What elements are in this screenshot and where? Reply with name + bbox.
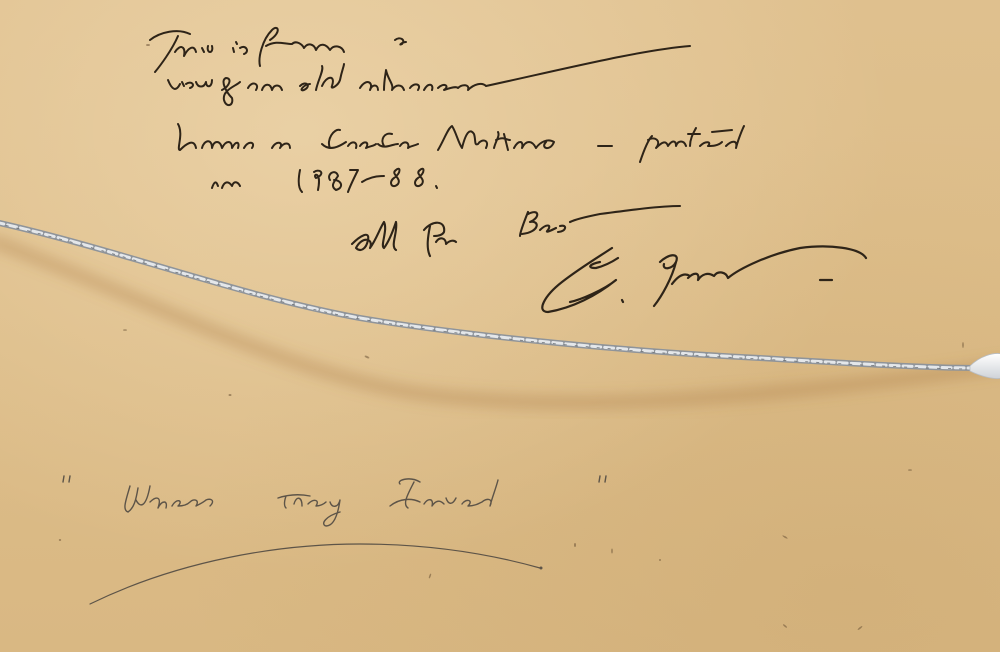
- hanging-wire[interactable]: [0, 0, 1000, 652]
- wire-highlight: [0, 222, 975, 368]
- wire-twist-detail: [0, 223, 975, 369]
- wire-body[interactable]: [0, 222, 975, 368]
- wire-crimp-tip[interactable]: [970, 354, 1000, 379]
